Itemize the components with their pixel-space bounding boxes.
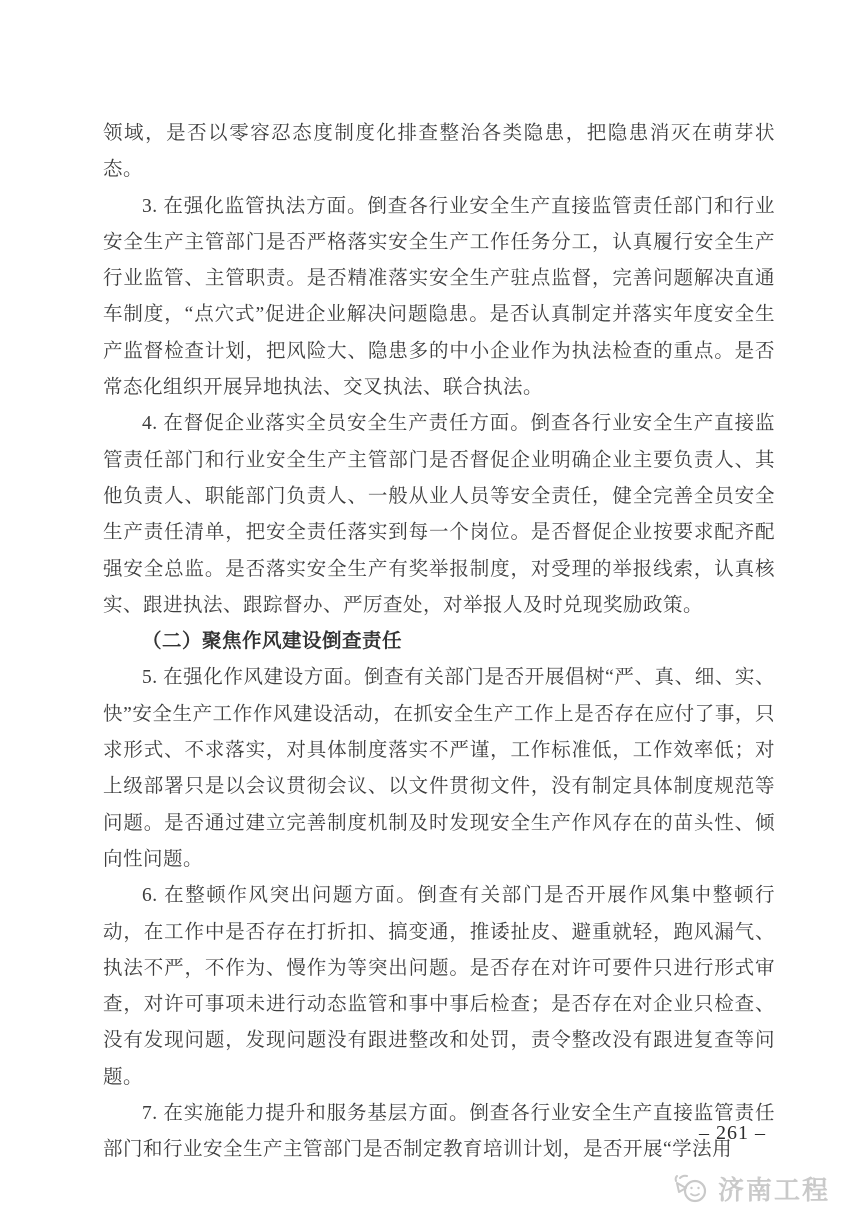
watermark: 济南工程 <box>674 1170 830 1207</box>
watermark-text: 济南工程 <box>718 1170 830 1207</box>
paragraph: 6. 在整顿作风突出问题方面。倒查有关部门是否开展作风集中整顿行动，在工作中是否… <box>103 878 775 1096</box>
paragraph: 4. 在督促企业落实全员安全生产责任方面。倒查各行业安全生产直接监管责任部门和行… <box>103 406 775 624</box>
paragraph: 3. 在强化监管执法方面。倒查各行业安全生产直接监管责任部门和行业安全生产主管部… <box>103 189 775 407</box>
paragraph: 7. 在实施能力提升和服务基层方面。倒查各行业安全生产直接监管责任部门和行业安全… <box>103 1096 775 1169</box>
paragraph: 领域，是否以零容忍态度制度化排查整治各类隐患，把隐患消灭在萌芽状态。 <box>103 116 775 189</box>
page-number: – 261 – <box>699 1122 766 1145</box>
document-page: 领域，是否以零容忍态度制度化排查整治各类隐患，把隐患消灭在萌芽状态。 3. 在强… <box>0 0 856 1225</box>
megaphone-icon <box>674 1172 710 1206</box>
paragraph: 5. 在强化作风建设方面。倒查有关部门是否开展倡树“严、真、细、实、快”安全生产… <box>103 660 775 878</box>
paragraph: （二）聚焦作风建设倒查责任 <box>103 624 775 660</box>
document-body: 领域，是否以零容忍态度制度化排查整治各类隐患，把隐患消灭在萌芽状态。 3. 在强… <box>103 116 775 1169</box>
